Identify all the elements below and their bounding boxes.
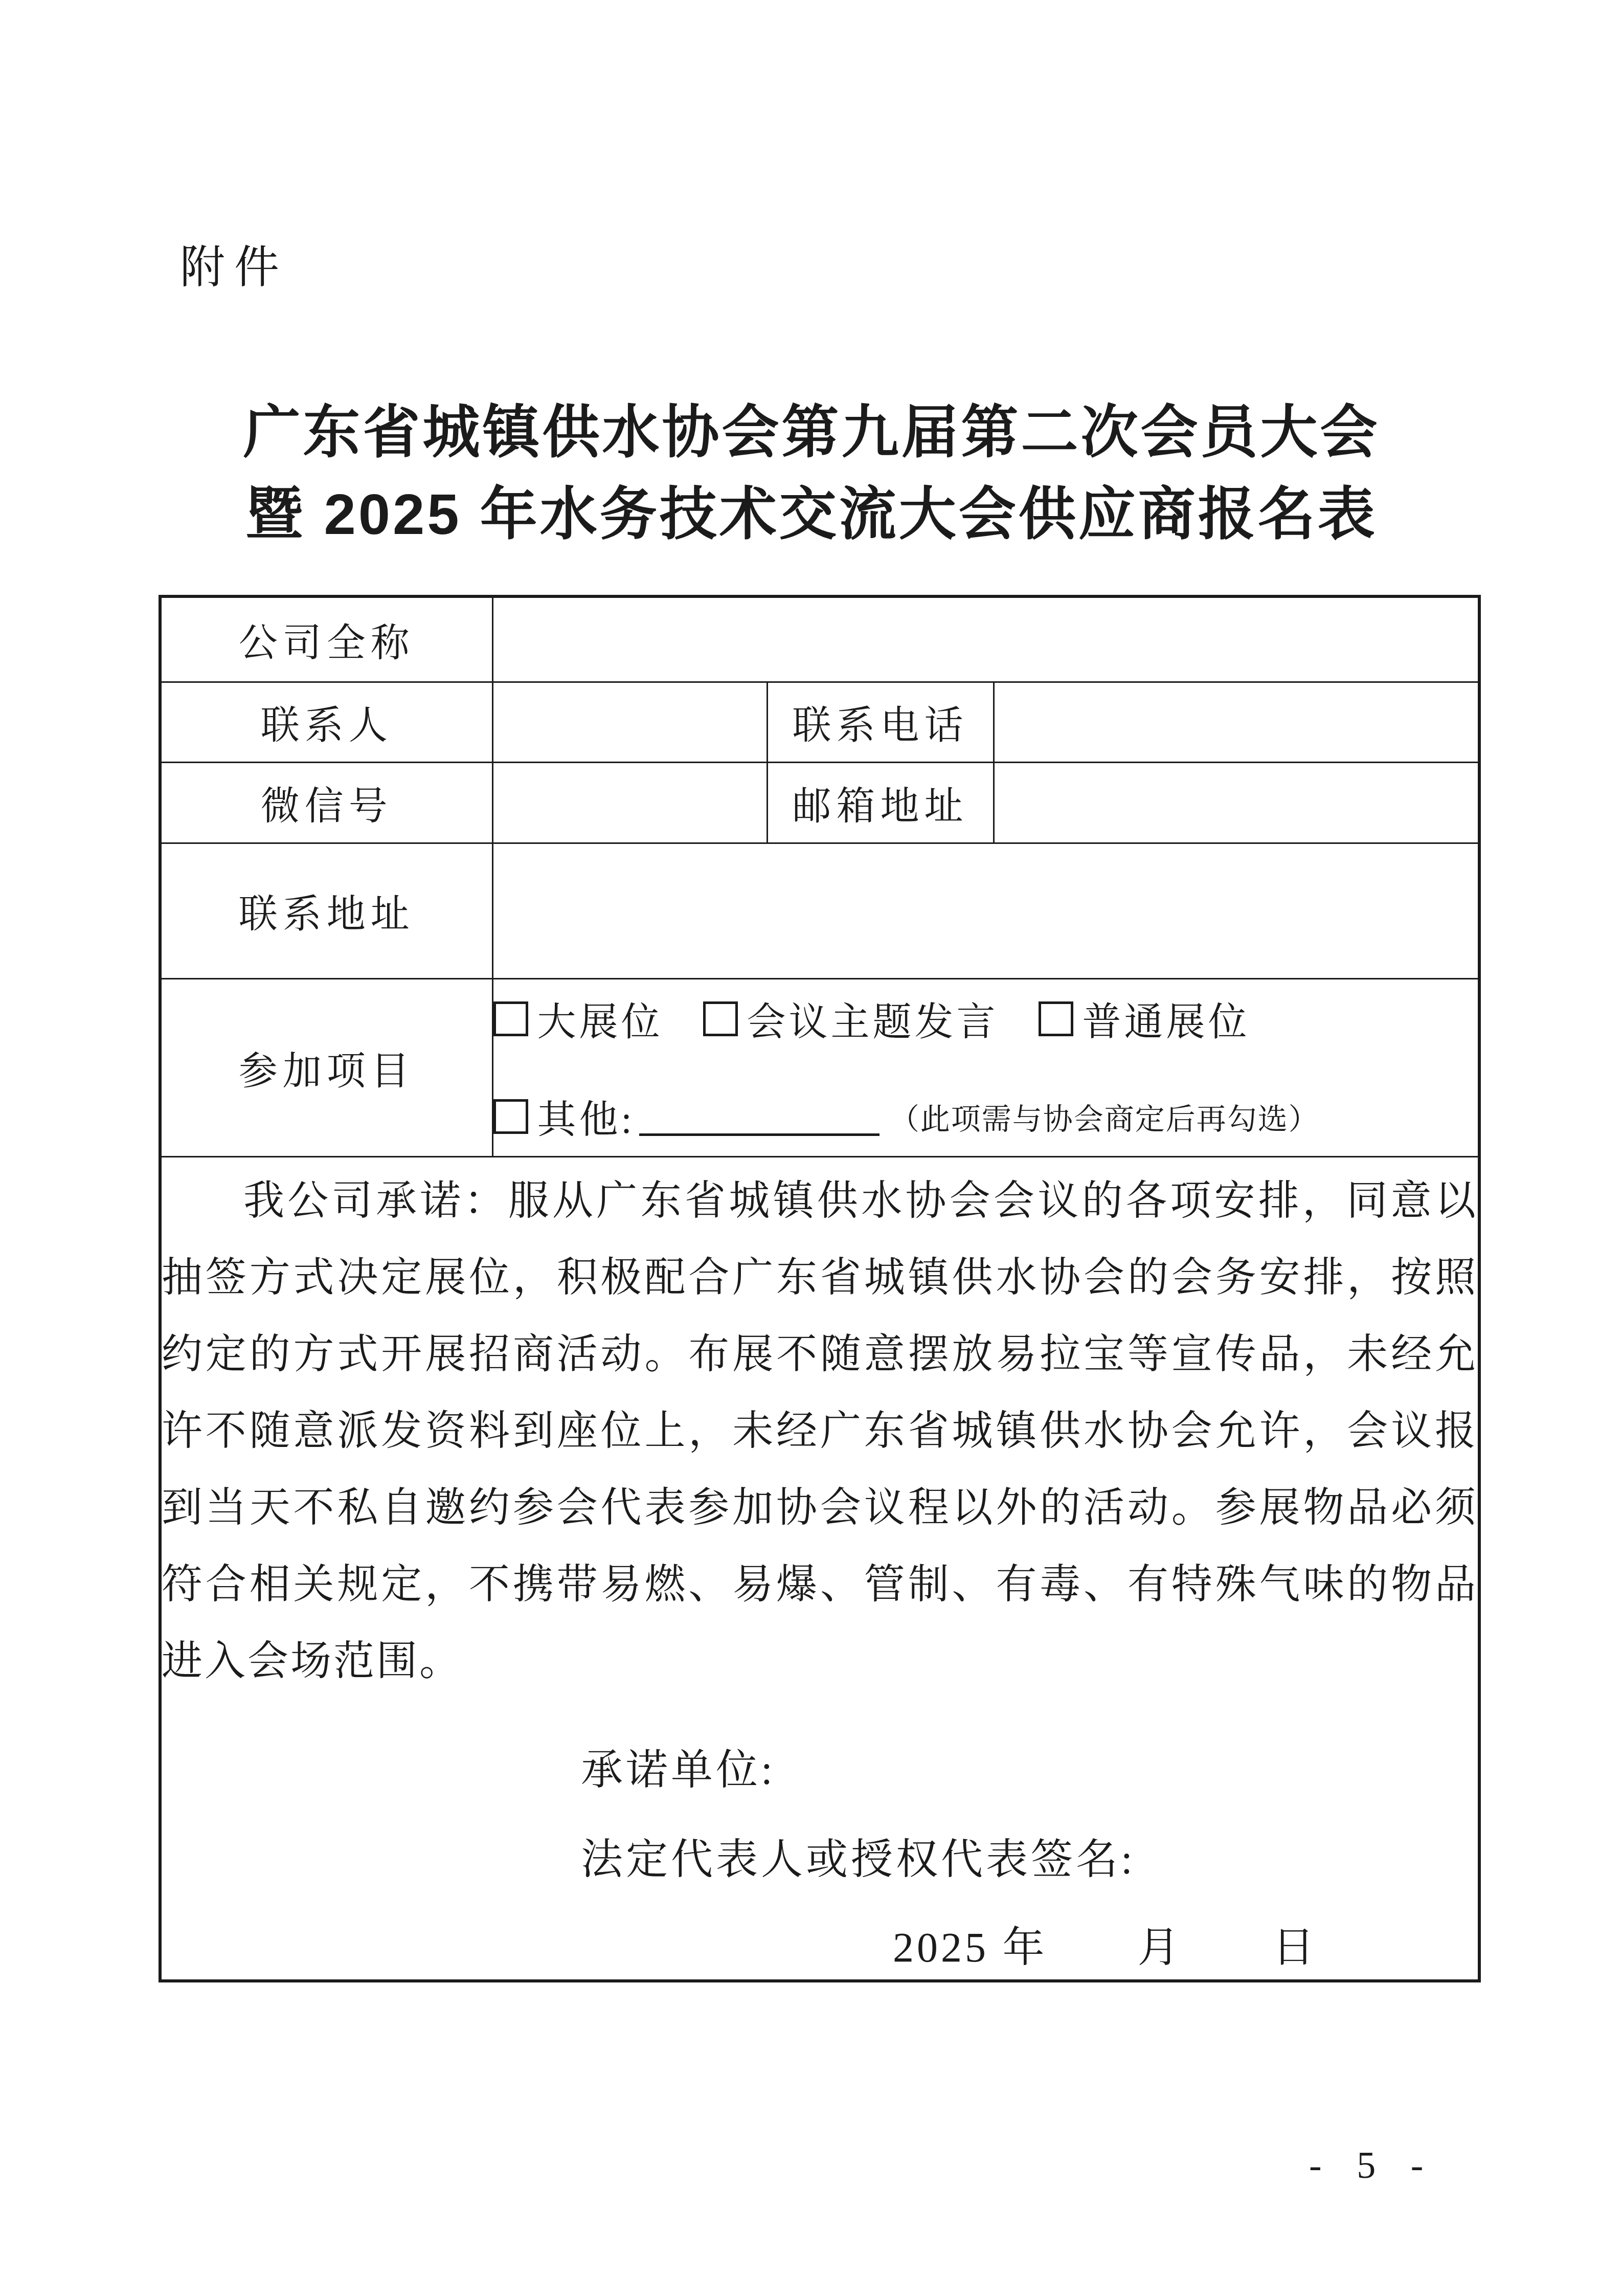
- input-wechat-id[interactable]: [492, 762, 767, 843]
- table-row: 参加项目 大展位 会议主题发言 普通展位: [160, 978, 1479, 1156]
- signature-unit-label: 承诺单位:: [581, 1736, 1478, 1796]
- participation-options-cell: 大展位 会议主题发言 普通展位 其他: （此项需与协会商定后再勾选）: [492, 978, 1479, 1156]
- label-contact-phone: 联系电话: [767, 682, 994, 762]
- table-row: 联系人 联系电话: [160, 682, 1479, 762]
- checkbox-other[interactable]: [493, 1099, 528, 1134]
- option-label-standard-booth: 普通展位: [1083, 991, 1250, 1046]
- label-contact-address: 联系地址: [160, 843, 492, 978]
- signature-rep-label: 法定代表人或授权代表签名:: [581, 1826, 1478, 1886]
- checkbox-standard-booth[interactable]: [1039, 1001, 1073, 1036]
- table-row: 微信号 邮箱地址: [160, 762, 1479, 843]
- commitment-paragraph: 我公司承诺：服从广东省城镇供水协会会议的各项安排，同意以抽签方式决定展位，积极配…: [162, 1163, 1478, 1700]
- option-label-other: 其他:: [537, 1088, 635, 1144]
- option-large-booth: 大展位: [493, 991, 663, 1046]
- document-title-line2: 暨 2025 年水务技术交流大会供应商报名表: [0, 469, 1623, 551]
- label-participation-items: 参加项目: [160, 978, 492, 1156]
- table-row: 联系地址: [160, 843, 1479, 978]
- table-row: 公司全称: [160, 596, 1479, 682]
- checkbox-large-booth[interactable]: [493, 1001, 528, 1036]
- registration-table: 公司全称 联系人 联系电话 微信号 邮箱地址 联系地址 参加项目: [159, 595, 1481, 1982]
- document-page: 附件 广东省城镇供水协会第九届第二次会员大会 暨 2025 年水务技术交流大会供…: [0, 0, 1623, 2296]
- participation-options-line: 大展位 会议主题发言 普通展位: [493, 991, 1478, 1046]
- checkbox-conference-speech[interactable]: [703, 1001, 738, 1036]
- document-title-line1: 广东省城镇供水协会第九届第二次会员大会: [0, 387, 1623, 469]
- other-blank-line[interactable]: [639, 1133, 880, 1136]
- label-wechat-id: 微信号: [160, 762, 492, 843]
- label-email-address: 邮箱地址: [767, 762, 994, 843]
- page-number: - 5 -: [1309, 2144, 1428, 2188]
- table-row: 我公司承诺：服从广东省城镇供水协会会议的各项安排，同意以抽签方式决定展位，积极配…: [160, 1156, 1479, 1981]
- option-conference-speech: 会议主题发言: [703, 991, 999, 1046]
- option-label-large-booth: 大展位: [537, 991, 663, 1046]
- commitment-cell: 我公司承诺：服从广东省城镇供水协会会议的各项安排，同意以抽签方式决定展位，积极配…: [160, 1156, 1479, 1981]
- input-email-address[interactable]: [994, 762, 1479, 843]
- participation-other-line: 其他: （此项需与协会商定后再勾选）: [493, 1088, 1478, 1144]
- other-note: （此项需与协会商定后再勾选）: [890, 1095, 1319, 1138]
- input-contact-address[interactable]: [492, 843, 1479, 978]
- label-contact-person: 联系人: [160, 682, 492, 762]
- date-line: 2025 年 月 日: [893, 1914, 1478, 1974]
- option-label-conference-speech: 会议主题发言: [747, 991, 999, 1046]
- option-standard-booth: 普通展位: [1039, 991, 1250, 1046]
- label-company-name: 公司全称: [160, 596, 492, 682]
- input-contact-phone[interactable]: [994, 682, 1479, 762]
- attachment-label: 附件: [180, 231, 288, 296]
- input-contact-person[interactable]: [492, 682, 767, 762]
- input-company-name[interactable]: [492, 596, 1479, 682]
